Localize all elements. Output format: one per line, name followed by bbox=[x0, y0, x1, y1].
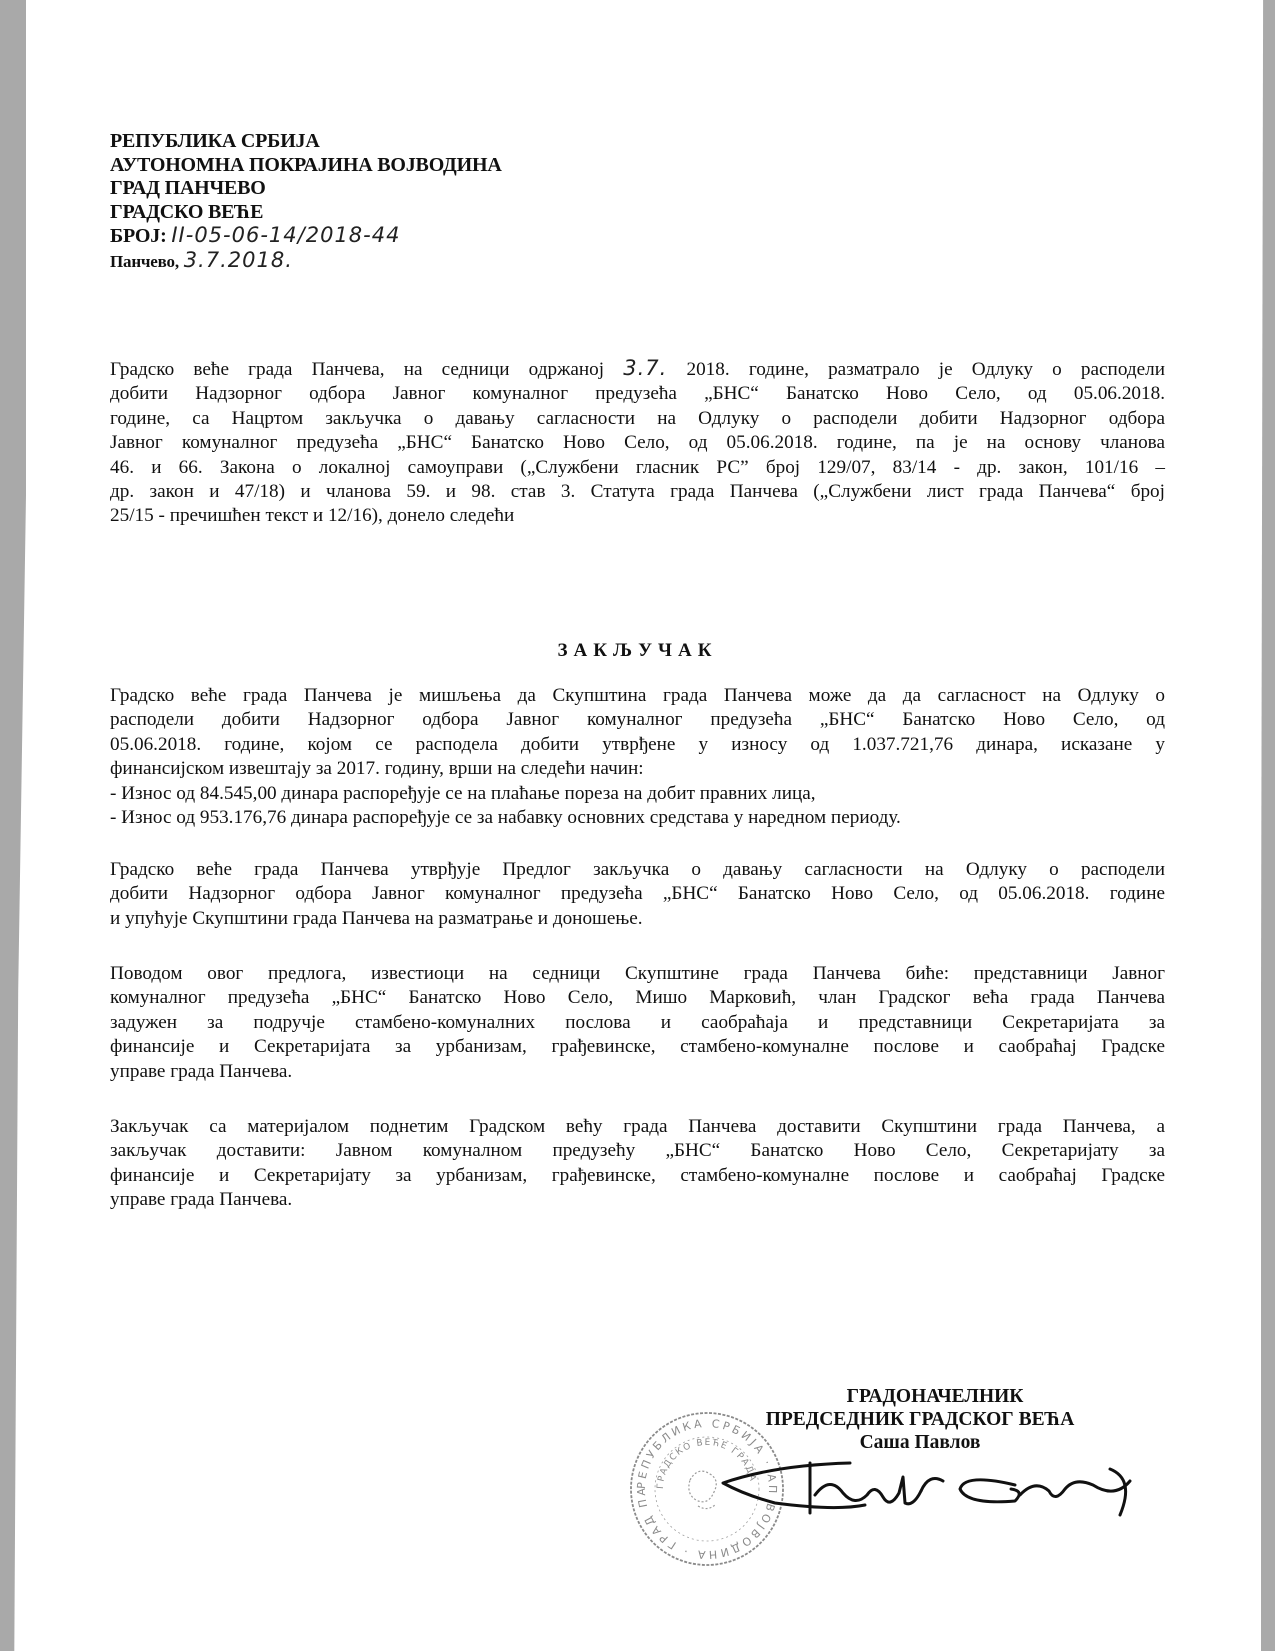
delivery-line: управе града Панчева. bbox=[110, 1188, 1165, 1212]
document-date-value: 3.7.2018. bbox=[184, 248, 293, 272]
session-date-handwritten: 3.7. bbox=[623, 356, 667, 380]
letterhead-line-city: ГРАД ПАНЧЕВО bbox=[110, 177, 502, 201]
intro-line: добити Надзорног одбора Јавног комунално… bbox=[110, 382, 1165, 406]
scan-border-left bbox=[0, 0, 26, 1651]
conclusion-line: Градско веће града Панчева је мишљења да… bbox=[110, 684, 1165, 708]
signatory-role-council-president: ПРЕДСЕДНИК ГРАДСКОГ ВЕЋА bbox=[740, 1408, 1100, 1431]
conclusion-paragraph: Градско веће града Панчева је мишљења да… bbox=[110, 684, 1165, 830]
document-place-date: Панчево, 3.7.2018. bbox=[110, 249, 502, 274]
proposal-line: и упућује Скупштини града Панчева на раз… bbox=[110, 907, 1165, 931]
delivery-line: Закључак са материјалом поднетим Градско… bbox=[110, 1115, 1165, 1139]
conclusion-line: расподели добити Надзорног одбора Јавног… bbox=[110, 708, 1165, 732]
intro-line: 46. и 66. Закона о локалној самоуправи (… bbox=[110, 456, 1165, 480]
proposal-line: добити Надзорног одбора Јавног комунално… bbox=[110, 882, 1165, 906]
document-number: БРОЈ: II-05-06-14/2018-44 bbox=[110, 224, 502, 249]
place-label: Панчево, bbox=[110, 252, 179, 271]
rapporteurs-line: Поводом овог предлога, известиоци на сед… bbox=[110, 962, 1165, 986]
document-number-label: БРОЈ: bbox=[110, 225, 167, 247]
scan-border-right bbox=[1261, 0, 1275, 1651]
intro-line: Јавног комуналног предузећа „БНС“ Банатс… bbox=[110, 431, 1165, 455]
handwritten-signature-icon bbox=[715, 1455, 1135, 1565]
rapporteurs-paragraph: Поводом овог предлога, известиоци на сед… bbox=[110, 962, 1165, 1084]
signatory-role-mayor: ГРАДОНАЧЕЛНИК bbox=[740, 1385, 1100, 1408]
intro-paragraph: Градско веће града Панчева, на седници о… bbox=[110, 356, 1165, 529]
letterhead-line-council: ГРАДСКО ВЕЋЕ bbox=[110, 201, 502, 225]
signatory-name: Саша Павлов bbox=[740, 1431, 1100, 1454]
intro-line: године, са Нацртом закључка о давању саг… bbox=[110, 407, 1165, 431]
rapporteurs-line: комуналног предузећа „БНС“ Банатско Ново… bbox=[110, 986, 1165, 1010]
intro-line: др. закон и 47/18) и чланова 59. и 98. с… bbox=[110, 480, 1165, 504]
conclusion-line: финансијском извештају за 2017. годину, … bbox=[110, 757, 1165, 781]
delivery-paragraph: Закључак са материјалом поднетим Градско… bbox=[110, 1115, 1165, 1213]
document-number-value: II-05-06-14/2018-44 bbox=[171, 223, 400, 247]
intro-line: 25/15 - пречишћен текст и 12/16), донело… bbox=[110, 504, 1165, 528]
signature-block: ГРАДОНАЧЕЛНИК ПРЕДСЕДНИК ГРАДСКОГ ВЕЋА С… bbox=[740, 1385, 1100, 1454]
document-title: ЗАКЉУЧАК bbox=[0, 640, 1275, 662]
proposal-paragraph: Градско веће града Панчева утврђује Пред… bbox=[110, 858, 1165, 931]
rapporteurs-line: финансије и Секретаријата за урбанизам, … bbox=[110, 1035, 1165, 1059]
intro-line: Градско веће града Панчева, на седници о… bbox=[110, 356, 1165, 382]
delivery-line: финансије и Секретаријату за урбанизам, … bbox=[110, 1164, 1165, 1188]
allocation-item: - Износ од 84.545,00 динара распоређује … bbox=[110, 782, 1165, 806]
rapporteurs-line: управе града Панчева. bbox=[110, 1060, 1165, 1084]
rapporteurs-line: задужен за подручје стамбено-комуналних … bbox=[110, 1011, 1165, 1035]
letterhead-line-country: РЕПУБЛИКА СРБИЈА bbox=[110, 130, 502, 154]
delivery-line: закључак доставити: Јавном комуналном пр… bbox=[110, 1139, 1165, 1163]
proposal-line: Градско веће града Панчева утврђује Пред… bbox=[110, 858, 1165, 882]
conclusion-line: 05.06.2018. године, којом се расподела д… bbox=[110, 733, 1165, 757]
allocation-item: - Износ од 953.176,76 динара распоређује… bbox=[110, 806, 1165, 830]
document-letterhead: РЕПУБЛИКА СРБИЈА АУТОНОМНА ПОКРАЈИНА ВОЈ… bbox=[110, 130, 502, 273]
letterhead-line-province: АУТОНОМНА ПОКРАЈИНА ВОЈВОДИНА bbox=[110, 154, 502, 178]
